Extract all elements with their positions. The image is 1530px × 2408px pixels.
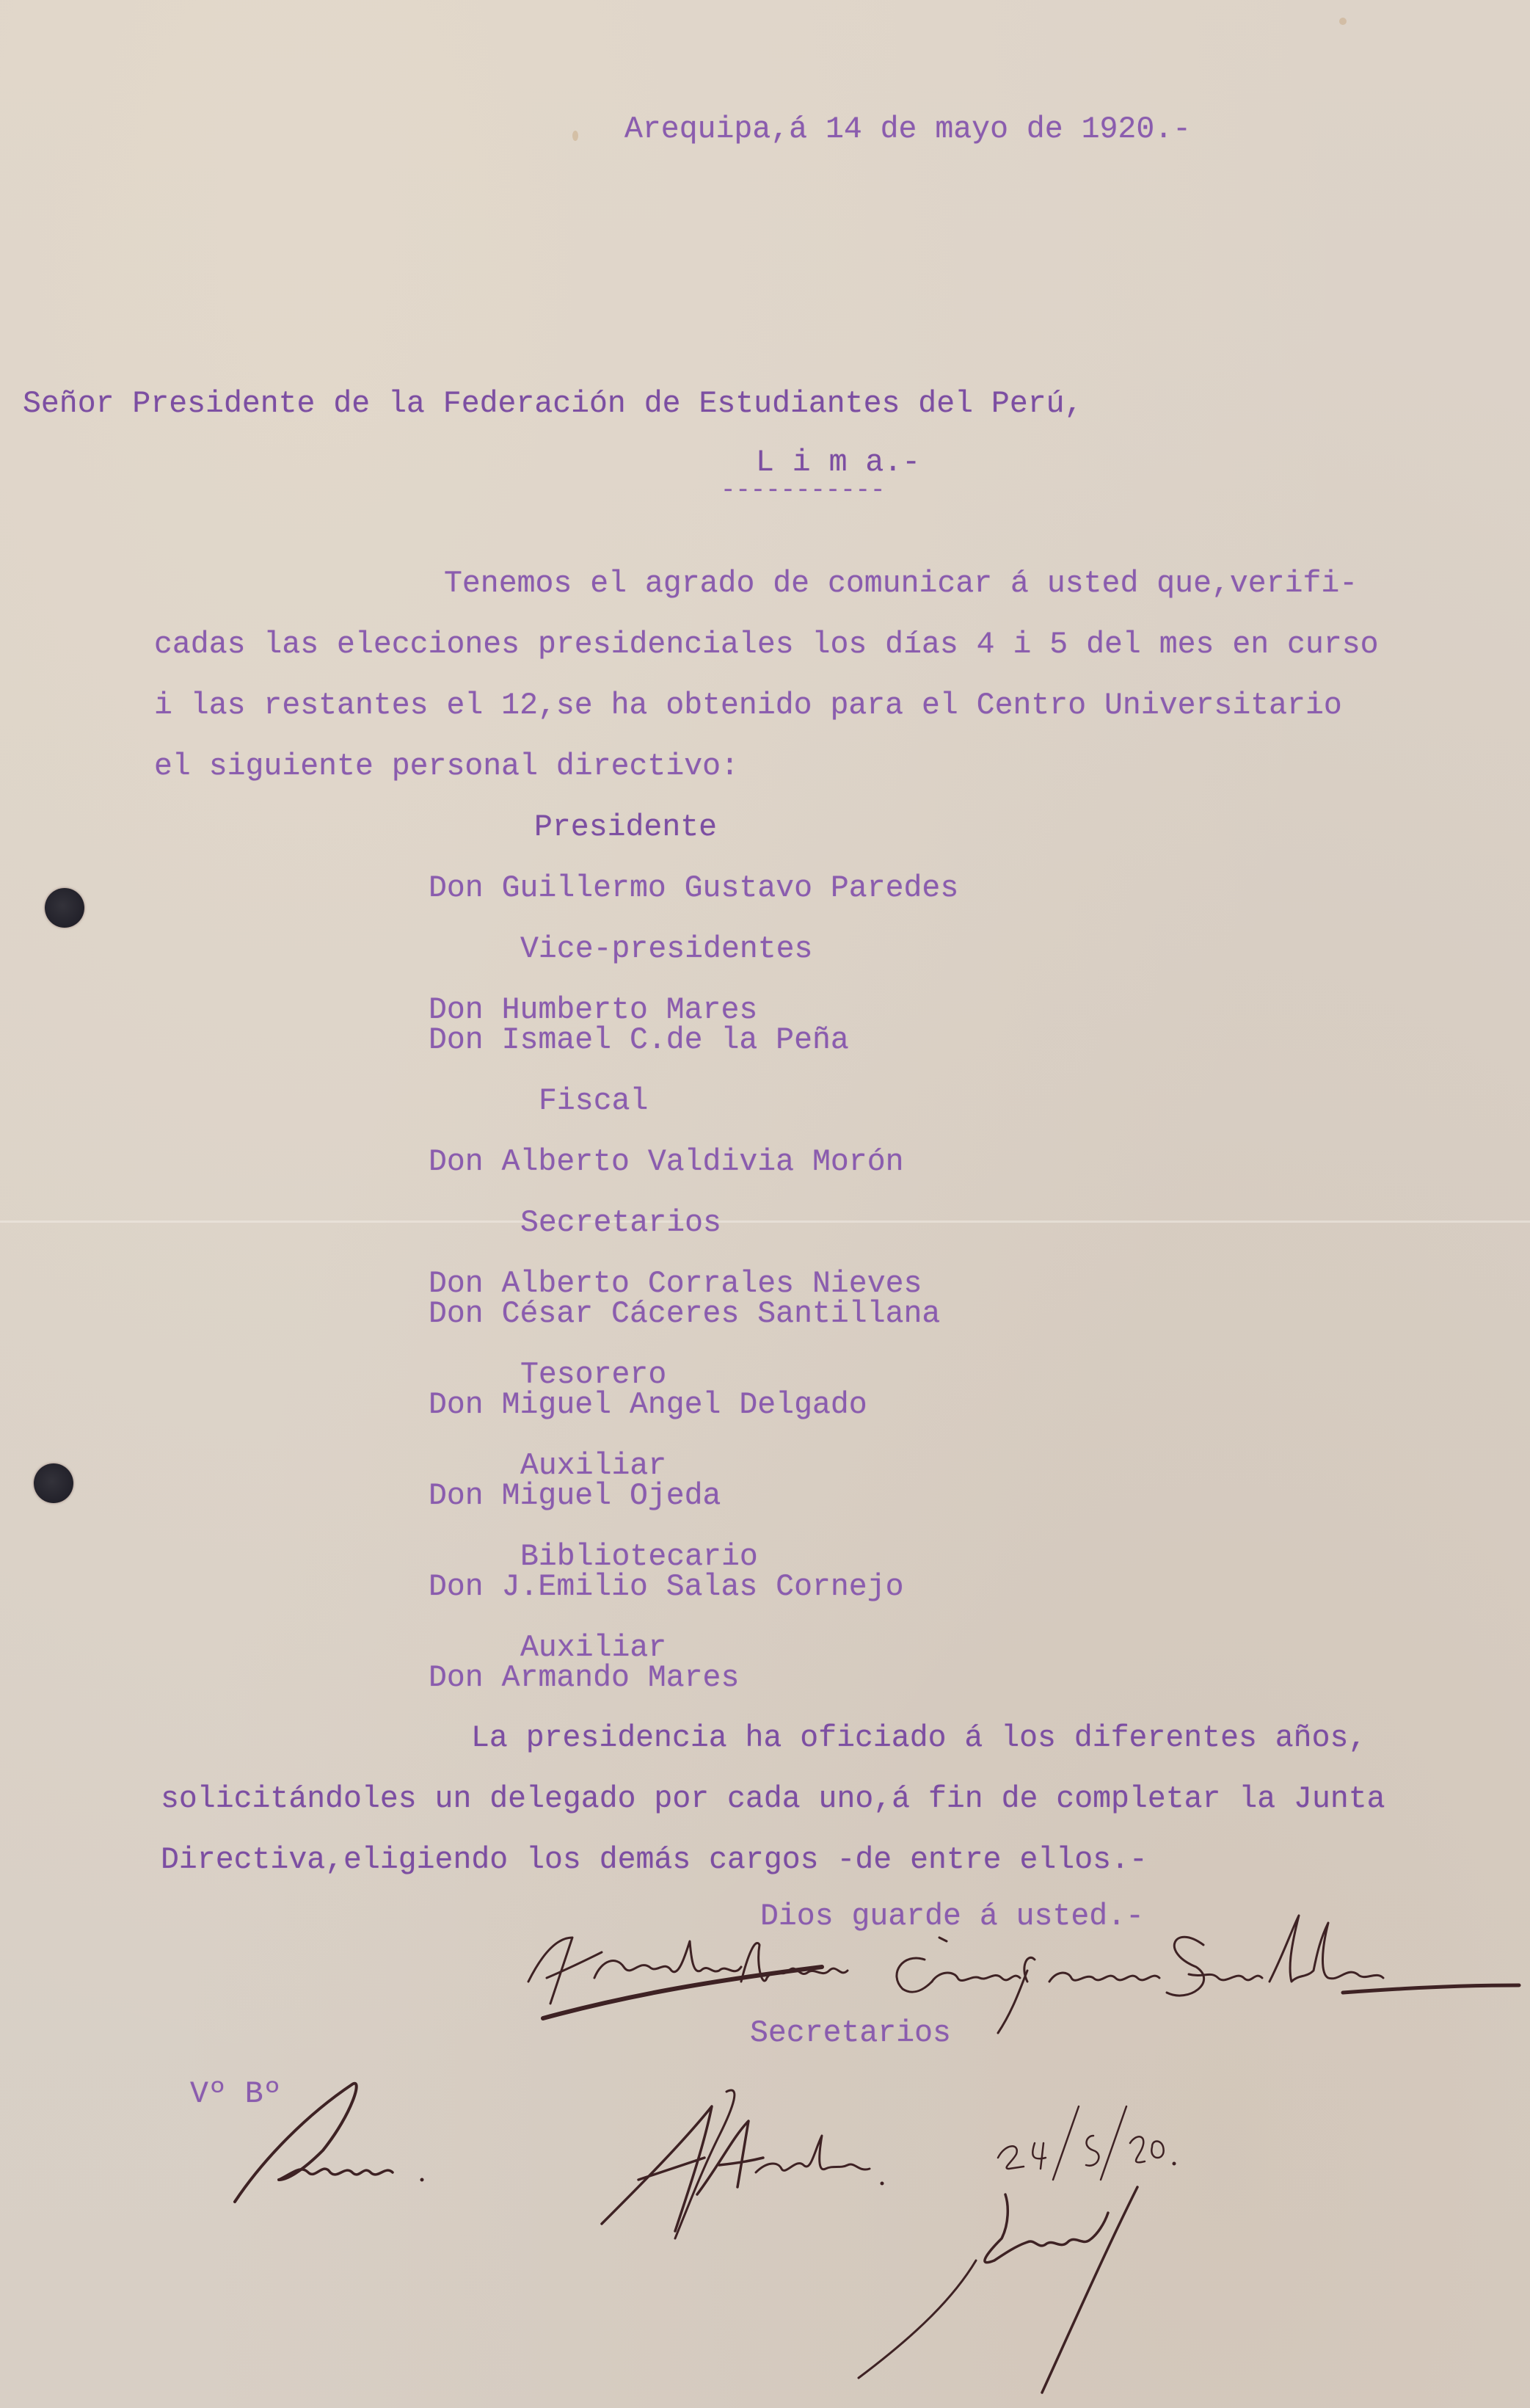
date-line: Arequipa,á 14 de mayo de 1920.- <box>624 114 1191 145</box>
body-paragraph-2-line-1: La presidencia ha oficiado á los diferen… <box>471 1723 1366 1754</box>
officer-role-bibliotecario: Bibliotecario <box>520 1542 758 1573</box>
officer-name: Don Alberto Valdivia Morón <box>429 1147 904 1178</box>
paper-fold-line <box>0 1221 1530 1223</box>
officer-name: Don Guillermo Gustavo Paredes <box>429 873 958 904</box>
officer-role-presidente: Presidente <box>534 812 717 843</box>
city-underline: ----------- <box>721 479 885 503</box>
signature-corrales-nieves-and-caceres-santillana <box>514 1908 1526 2040</box>
officer-name: Don J.Emilio Salas Cornejo <box>429 1572 904 1603</box>
officer-role-secretarios: Secretarios <box>520 1208 721 1239</box>
officer-name: Don César Cáceres Santillana <box>429 1299 940 1330</box>
body-paragraph-1-line-3: i las restantes el 12,se ha obtenido par… <box>154 691 1342 721</box>
officer-role-auxiliar: Auxiliar <box>520 1451 666 1482</box>
punch-hole-top <box>45 888 84 928</box>
officer-name: Don Alberto Corrales Nieves <box>429 1269 922 1300</box>
body-paragraph-1-line-2: cadas las elecciones presidenciales los … <box>154 630 1379 661</box>
addressee-line: Señor Presidente de la Federación de Est… <box>23 389 1082 420</box>
signature-pardo <box>205 2070 499 2216</box>
body-paragraph-2-line-3: Directiva,eligiendo los demás cargos -de… <box>161 1845 1148 1876</box>
body-paragraph-1-line-1: Tenemos el agrado de comunicar á usted q… <box>444 569 1358 600</box>
paper-stain <box>572 131 578 141</box>
officer-role-fiscal: Fiscal <box>539 1086 648 1117</box>
officer-name: Don Humberto Mares <box>429 995 757 1026</box>
paper-stain <box>1339 18 1347 25</box>
letter-page: Arequipa,á 14 de mayo de 1920.- Señor Pr… <box>0 0 1530 2408</box>
officer-name: Don Miguel Ojeda <box>429 1481 721 1512</box>
body-paragraph-2-line-2: solicitándoles un delegado por cada uno,… <box>161 1784 1385 1815</box>
officer-name: Don Armando Mares <box>429 1663 739 1694</box>
signature-al-archivo <box>594 2077 1196 2400</box>
signers-title: Secretarios <box>750 2018 951 2049</box>
officer-role-vicepresidentes: Vice-presidentes <box>520 934 812 965</box>
officer-role-tesorero: Tesorero <box>520 1360 666 1391</box>
officer-name: Don Miguel Angel Delgado <box>429 1390 867 1421</box>
body-paragraph-1-line-4: el siguiente personal directivo: <box>154 752 739 782</box>
officer-role-auxiliar-2: Auxiliar <box>520 1633 666 1664</box>
punch-hole-bottom <box>34 1463 73 1503</box>
officer-name: Don Ismael C.de la Peña <box>429 1025 849 1056</box>
city-line: L i m a.- <box>756 448 920 479</box>
